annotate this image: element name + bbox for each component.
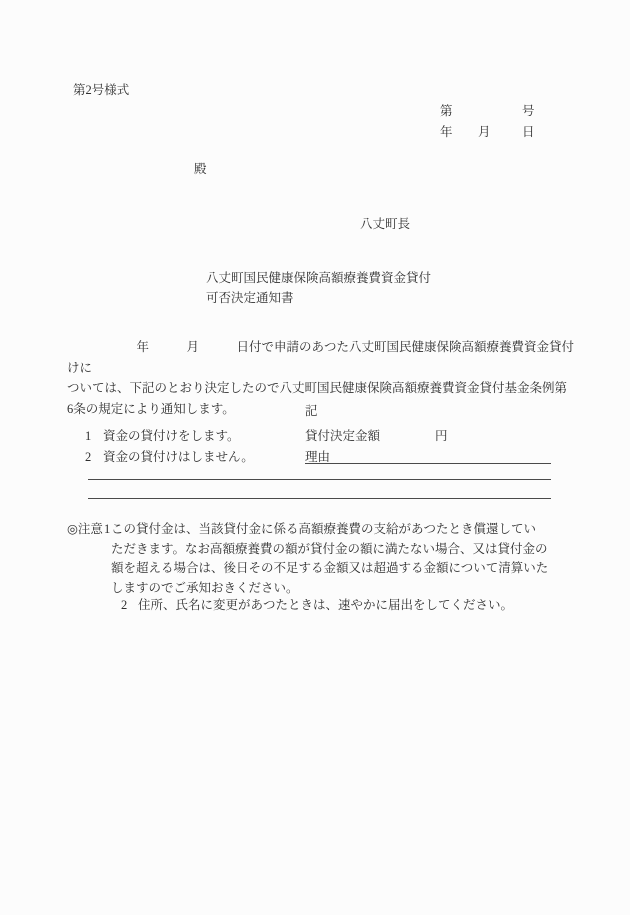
reason-underline-3 xyxy=(88,498,551,499)
notes-marker: ◎注意 xyxy=(67,522,103,536)
addressee-honorific: 殿 xyxy=(194,162,207,176)
item-1-number: 1 xyxy=(85,429,91,443)
document-title: 八丈町国民健康保険高額療養費資金貸付 可否決定通知書 xyxy=(206,268,431,308)
record-heading: 記 xyxy=(305,404,318,418)
reason-underline-1 xyxy=(305,463,551,464)
date-day-label: 日 xyxy=(522,125,535,139)
item-2-text: 資金の貸付けはしません。 xyxy=(103,450,254,464)
note-2-number: 2 xyxy=(121,598,127,612)
doc-number-suffix: 号 xyxy=(522,104,535,118)
body-paragraph: 年 月 日付で申請のあつた八丈町国民健康保険高額療養費資金貸付けに ついては、下… xyxy=(67,337,577,419)
form-number-label: 第2号様式 xyxy=(73,83,129,97)
document-page: 第2号様式 第 号 年 月 日 殿 八丈町長 八丈町国民健康保険高額療養費資金貸… xyxy=(0,0,630,915)
reason-underline-2 xyxy=(88,479,551,480)
loan-amount-label: 貸付決定金額 xyxy=(305,429,380,443)
issuer-title: 八丈町長 xyxy=(360,217,410,231)
doc-number-prefix: 第 xyxy=(440,104,453,118)
note-1-number: 1 xyxy=(104,522,110,536)
date-year-label: 年 xyxy=(440,125,453,139)
item-1-text: 資金の貸付けをします。 xyxy=(103,429,240,443)
date-month-label: 月 xyxy=(478,125,491,139)
note-2-text: 住所、氏名に変更があつたときは、速やかに届出をしてください。 xyxy=(138,598,513,612)
note-1-text: この貸付金は、当該貸付金に係る高額療養費の支給があつたとき償還してい ただきます… xyxy=(111,520,571,599)
yen-unit-label: 円 xyxy=(435,429,448,443)
item-2-number: 2 xyxy=(85,450,91,464)
